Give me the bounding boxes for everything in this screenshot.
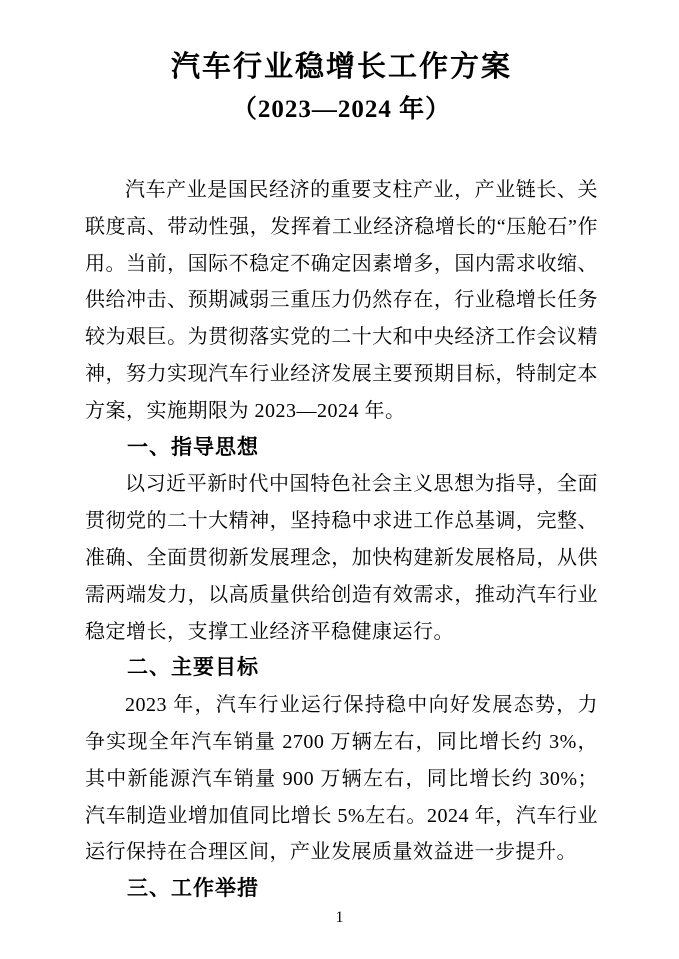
section-heading: 一、指导思想	[85, 430, 598, 467]
document-page: 汽车行业稳增长工作方案 （2023—2024 年） 汽车产业是国民经济的重要支柱…	[0, 0, 679, 959]
page-number: 1	[0, 906, 679, 930]
document-body: 汽车产业是国民经济的重要支柱产业，产业链长、关联度高、带动性强，发挥着工业经济稳…	[85, 172, 598, 908]
document-title: 汽车行业稳增长工作方案	[85, 46, 598, 88]
body-paragraph: 汽车产业是国民经济的重要支柱产业，产业链长、关联度高、带动性强，发挥着工业经济稳…	[85, 172, 598, 430]
document-subtitle: （2023—2024 年）	[85, 90, 598, 130]
section-heading: 三、工作举措	[85, 871, 598, 908]
body-paragraph: 以习近平新时代中国特色社会主义思想为指导，全面贯彻党的二十大精神，坚持稳中求进工…	[85, 466, 598, 650]
section-heading: 二、主要目标	[85, 650, 598, 687]
document-content: 汽车行业稳增长工作方案 （2023—2024 年） 汽车产业是国民经济的重要支柱…	[85, 0, 598, 908]
body-paragraph: 2023 年，汽车行业运行保持稳中向好发展态势，力争实现全年汽车销量 2700 …	[85, 687, 598, 871]
